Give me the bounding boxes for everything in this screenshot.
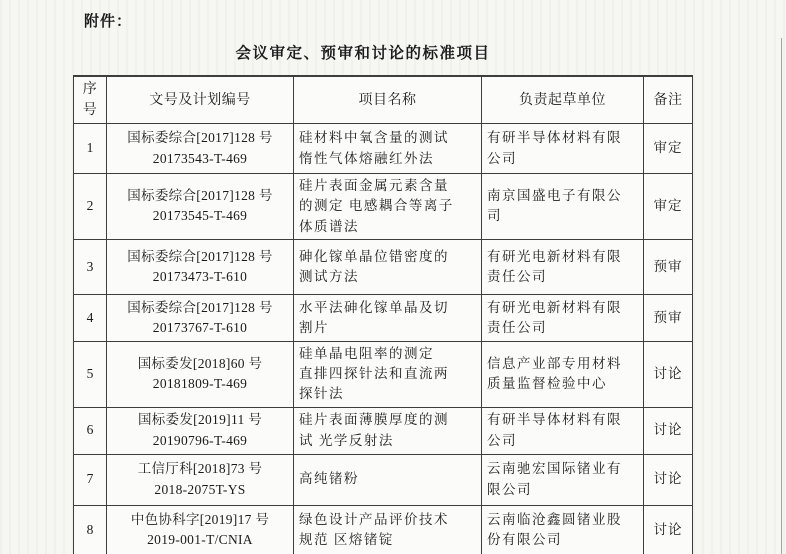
table-row: 7 工信厅科[2018]73 号 2018-2075T-YS 高纯锗粉 云南驰宏… [74, 454, 693, 505]
table-row: 3 国标委综合[2017]128 号 20173473-T-610 砷化镓单晶位… [74, 239, 693, 294]
cell-drafting-unit: 有研光电新材料有限 责任公司 [482, 294, 644, 341]
standards-table: 序 号 文号及计划编号 项目名称 负责起草单位 备注 1 国标委综合[2017]… [73, 75, 693, 554]
table-row: 8 中色协科字[2019]17 号 2019-001-T/CNIA 绿色设计产品… [74, 505, 693, 554]
cell-remark: 审定 [644, 174, 693, 240]
cell-index: 7 [74, 454, 107, 505]
cell-project-name: 硅片表面薄膜厚度的测 试 光学反射法 [294, 407, 482, 454]
cell-remark: 讨论 [644, 454, 693, 505]
table-header-row: 序 号 文号及计划编号 项目名称 负责起草单位 备注 [74, 76, 693, 124]
cell-project-name: 硅材料中氧含量的测试 惰性气体熔融红外法 [294, 124, 482, 174]
table-row: 5 国标委发[2018]60 号 20181809-T-469 硅单晶电阻率的测… [74, 341, 693, 407]
cell-project-name: 硅单晶电阻率的测定 直排四探针法和直流两 探针法 [294, 341, 482, 407]
cell-project-name: 硅片表面金属元素含量 的测定 电感耦合等离子 体质谱法 [294, 174, 482, 240]
header-doc-number: 文号及计划编号 [107, 76, 294, 124]
cell-project-name: 绿色设计产品评价技术 规范 区熔锗锭 [294, 505, 482, 554]
cell-remark: 讨论 [644, 505, 693, 554]
cell-index: 3 [74, 239, 107, 294]
cell-index: 8 [74, 505, 107, 554]
cell-doc-number: 中色协科字[2019]17 号 2019-001-T/CNIA [107, 505, 294, 554]
cell-doc-number: 国标委发[2018]60 号 20181809-T-469 [107, 341, 294, 407]
cell-index: 2 [74, 174, 107, 240]
cell-project-name: 水平法砷化镓单晶及切 割片 [294, 294, 482, 341]
cell-remark: 讨论 [644, 341, 693, 407]
cell-drafting-unit: 云南临沧鑫圆锗业股 份有限公司 [482, 505, 644, 554]
cell-remark: 讨论 [644, 407, 693, 454]
cell-index: 4 [74, 294, 107, 341]
cell-drafting-unit: 有研半导体材料有限 公司 [482, 407, 644, 454]
cell-drafting-unit: 云南驰宏国际锗业有 限公司 [482, 454, 644, 505]
table-row: 6 国标委发[2019]11 号 20190796-T-469 硅片表面薄膜厚度… [74, 407, 693, 454]
header-project-name: 项目名称 [294, 76, 482, 124]
scan-edge-line [781, 38, 782, 554]
cell-drafting-unit: 有研光电新材料有限 责任公司 [482, 239, 644, 294]
cell-index: 6 [74, 407, 107, 454]
header-index: 序 号 [74, 76, 107, 124]
header-remark: 备注 [644, 76, 693, 124]
cell-index: 1 [74, 124, 107, 174]
cell-doc-number: 国标委综合[2017]128 号 20173545-T-469 [107, 174, 294, 240]
table-row: 4 国标委综合[2017]128 号 20173767-T-610 水平法砷化镓… [74, 294, 693, 341]
attachment-label: 附件： [84, 10, 132, 31]
cell-remark: 预审 [644, 239, 693, 294]
cell-drafting-unit: 南京国盛电子有限公 司 [482, 174, 644, 240]
page-title: 会议审定、预审和讨论的标准项目 [63, 41, 663, 63]
cell-drafting-unit: 信息产业部专用材料 质量监督检验中心 [482, 341, 644, 407]
cell-index: 5 [74, 341, 107, 407]
table-row: 2 国标委综合[2017]128 号 20173545-T-469 硅片表面金属… [74, 174, 693, 240]
cell-doc-number: 国标委综合[2017]128 号 20173473-T-610 [107, 239, 294, 294]
header-drafting-unit: 负责起草单位 [482, 76, 644, 124]
cell-remark: 预审 [644, 294, 693, 341]
cell-project-name: 高纯锗粉 [294, 454, 482, 505]
cell-doc-number: 国标委综合[2017]128 号 20173767-T-610 [107, 294, 294, 341]
cell-doc-number: 国标委综合[2017]128 号 20173543-T-469 [107, 124, 294, 174]
table-row: 1 国标委综合[2017]128 号 20173543-T-469 硅材料中氧含… [74, 124, 693, 174]
cell-project-name: 砷化镓单晶位错密度的 测试方法 [294, 239, 482, 294]
cell-drafting-unit: 有研半导体材料有限 公司 [482, 124, 644, 174]
cell-remark: 审定 [644, 124, 693, 174]
cell-doc-number: 工信厅科[2018]73 号 2018-2075T-YS [107, 454, 294, 505]
cell-doc-number: 国标委发[2019]11 号 20190796-T-469 [107, 407, 294, 454]
